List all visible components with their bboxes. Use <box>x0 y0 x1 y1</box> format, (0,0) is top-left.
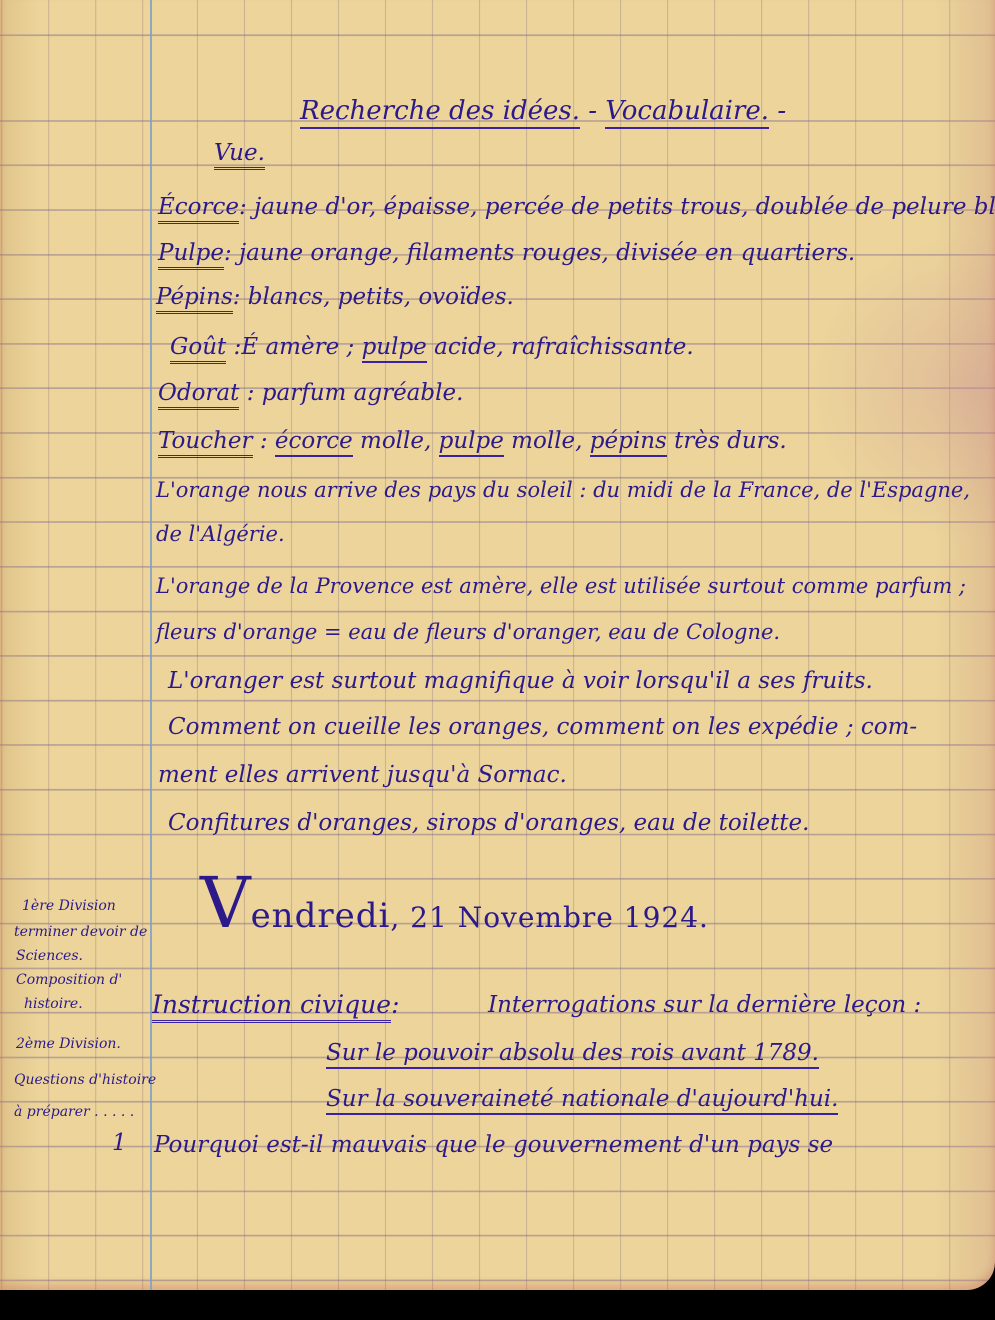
entry-odorat: Odorat : parfum agréable. <box>158 380 463 406</box>
margin-note: 1ère Division <box>22 898 116 914</box>
entry-text: : jaune orange, filaments rouges, divisé… <box>224 240 855 266</box>
subject-intro: Interrogations sur la dernière leçon : <box>488 992 921 1018</box>
subheading-text: Vue. <box>214 140 265 170</box>
topic-line: Sur la souveraineté nationale d'aujourd'… <box>326 1086 838 1112</box>
day-initial: V <box>200 862 251 944</box>
entry-text: : blancs, petits, ovoïdes. <box>233 284 514 310</box>
entry-text: : jaune d'or, épaisse, percée de petits … <box>239 194 995 220</box>
entry-pepins: Pépins: blancs, petits, ovoïdes. <box>156 284 514 310</box>
entry-underlined-word: écorce <box>275 428 353 457</box>
entry-text: très durs. <box>667 428 787 454</box>
paragraph-line: L'orange de la Provence est amère, elle … <box>156 574 966 598</box>
margin-note: à préparer . . . . . <box>14 1104 134 1120</box>
entry-text: molle, <box>353 428 439 454</box>
paragraph-line: L'orange nous arrive des pays du soleil … <box>156 478 970 502</box>
title-part-2: Vocabulaire. <box>605 96 769 129</box>
title-part-1: Recherche des idées. <box>300 96 580 129</box>
subheading-vue: Vue. <box>214 140 265 166</box>
entry-text: : parfum agréable. <box>239 380 463 406</box>
paragraph-line: Comment on cueille les oranges, comment … <box>168 714 917 740</box>
entry-text: acide, rafraîchissante. <box>427 334 694 360</box>
question-number: 1 <box>112 1130 127 1156</box>
entry-label: Écorce <box>158 194 239 224</box>
subject-colon: : <box>391 990 399 1019</box>
margin-note: Sciences. <box>16 948 83 964</box>
entry-label: Goût <box>170 334 226 364</box>
date-heading: Vendredi, 21 Novembre 1924. <box>200 862 709 944</box>
subject-label: Instruction civique <box>152 990 391 1023</box>
entry-toucher: Toucher : écorce molle, pulpe molle, pép… <box>158 428 787 454</box>
date-text: , 21 Novembre 1924. <box>390 901 709 934</box>
topic-line: Sur le pouvoir absolu des rois avant 178… <box>326 1040 819 1066</box>
title-end: - <box>769 96 786 126</box>
margin-note: histoire. <box>24 996 83 1012</box>
entry-text: molle, <box>504 428 590 454</box>
entry-underlined-word: pulpe <box>362 334 427 363</box>
margin-note: Composition d' <box>16 972 122 988</box>
topic-text: Sur le pouvoir absolu des rois avant 178… <box>326 1040 819 1069</box>
entry-gout: Goût :É amère ; pulpe acide, rafraîchiss… <box>170 334 694 360</box>
entry-text: : <box>253 428 275 454</box>
entry-underlined-word: pulpe <box>439 428 504 457</box>
entry-text: :É amère ; <box>226 334 361 360</box>
margin-rule <box>150 0 152 1290</box>
entry-label: Toucher <box>158 428 253 458</box>
paragraph-line: Confitures d'oranges, sirops d'oranges, … <box>168 810 809 836</box>
entry-label: Pépins <box>156 284 233 314</box>
entry-pulpe: Pulpe: jaune orange, filaments rouges, d… <box>158 240 855 266</box>
paragraph-line: ment elles arrivent jusqu'à Sornac. <box>158 762 567 788</box>
entry-label: Pulpe <box>158 240 224 270</box>
margin-note: 2ème Division. <box>16 1036 121 1052</box>
subject-heading: Instruction civique: <box>152 990 400 1019</box>
page-title: Recherche des idées. - Vocabulaire. - <box>300 96 786 126</box>
entry-ecorce: Écorce: jaune d'or, épaisse, percée de p… <box>158 194 995 220</box>
question-text: Pourquoi est-il mauvais que le gouvernem… <box>154 1132 833 1158</box>
paragraph-line: de l'Algérie. <box>156 522 285 546</box>
entry-label: Odorat <box>158 380 239 410</box>
title-separator: - <box>580 96 605 126</box>
margin-note: Questions d'histoire <box>14 1072 156 1088</box>
topic-text: Sur la souveraineté nationale d'aujourd'… <box>326 1086 838 1115</box>
day-name: endredi <box>251 896 391 936</box>
notebook-page: Recherche des idées. - Vocabulaire. - Vu… <box>0 0 995 1290</box>
paragraph-line: L'oranger est surtout magnifique à voir … <box>168 668 873 694</box>
entry-underlined-word: pépins <box>590 428 667 457</box>
margin-note: terminer devoir de <box>14 924 147 940</box>
paragraph-line: fleurs d'orange = eau de fleurs d'orange… <box>156 620 780 644</box>
